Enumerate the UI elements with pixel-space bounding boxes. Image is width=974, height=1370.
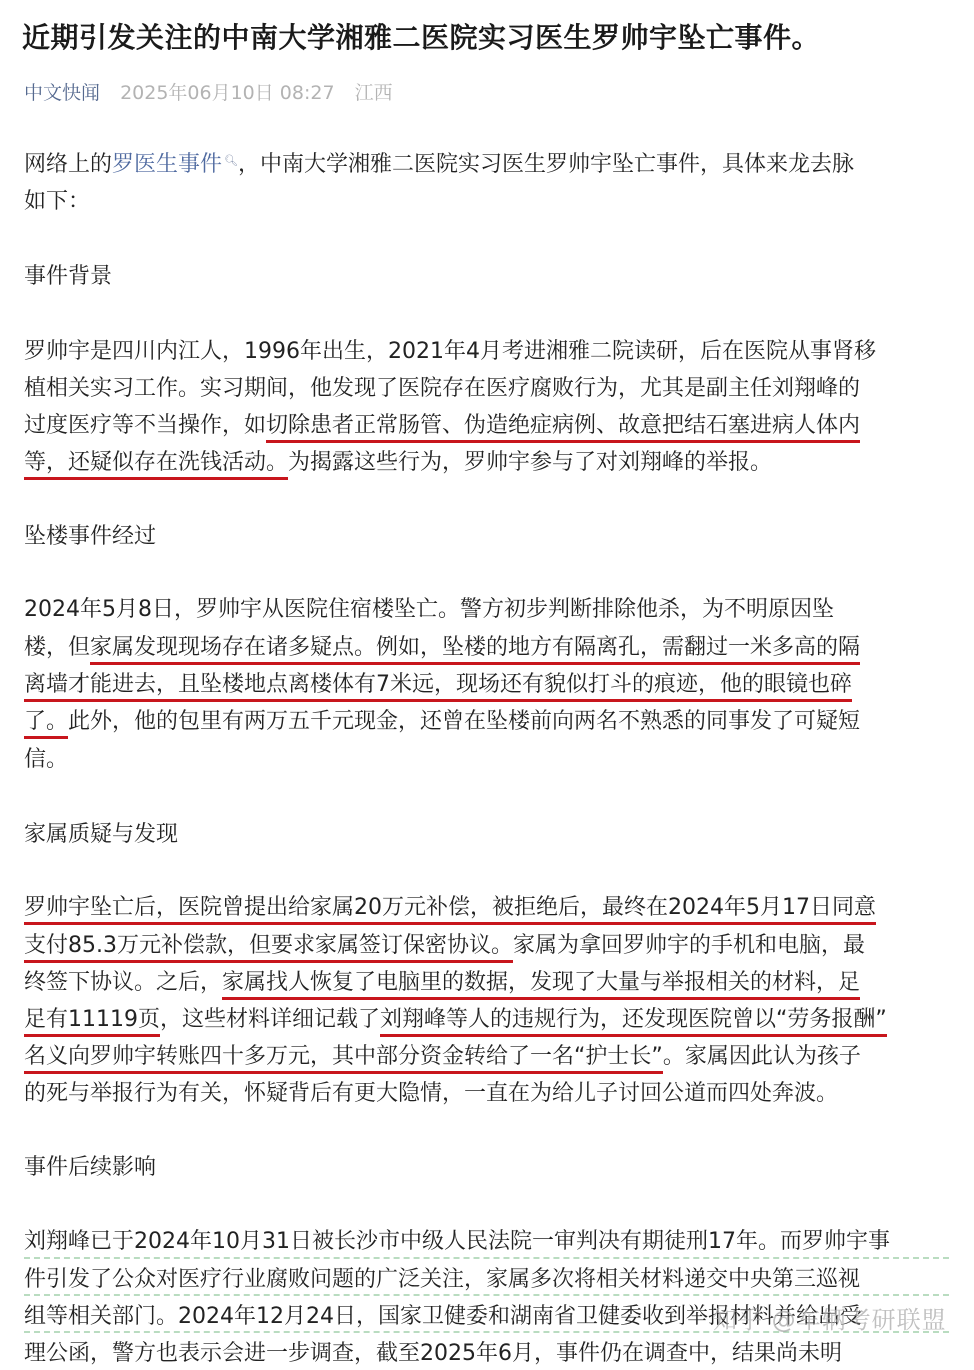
paragraph-line: 过度医疗等不当操作，如切除患者正常肠管、伪造绝症病例、故意把结石塞进病人体内 <box>24 411 954 441</box>
paragraph-line: 离墙才能进去，且坠楼地点离楼体有7米远，现场还有貌似打斗的痕迹，他的眼镜也碎 <box>24 670 954 700</box>
section-heading: 坠楼事件经过 <box>24 522 954 552</box>
highlighted-text: 名义向罗帅宇转账四十多万元，其中部分资金转给了一名“护士长” <box>24 1044 663 1074</box>
intro-line-1: 网络上的罗医生事件🔍︎，中南大学湘雅二医院实习医生罗帅宇坠亡事件，具体来龙去脉 <box>24 150 954 180</box>
article-title: 近期引发关注的中南大学湘雅二医院实习医生罗帅宇坠亡事件。 <box>22 16 962 56</box>
paragraph-line: 罗帅宇是四川内江人，1996年出生，2021年4月考进湘雅二院读研，后在医院从事… <box>24 337 954 367</box>
highlighted-text: 足有11119页 <box>24 1007 160 1037</box>
paragraph-line: 楼，但家属发现现场存在诸多疑点。例如，坠楼的地方有隔离孔，需翻过一米多高的隔 <box>24 633 954 663</box>
body-text: ，这些材料详细记载了 <box>160 1007 380 1032</box>
publish-date: 2025年06月10日 08:27 <box>120 82 335 104</box>
paragraph-line: 2024年5月8日，罗帅宇从医院住宿楼坠亡。警方初步判断排除他杀，为不明原因坠 <box>24 595 954 625</box>
source-link[interactable]: 中文快闻 <box>24 82 100 104</box>
intro-prefix: 网络上的 <box>24 152 112 177</box>
body-text: 此外，他的包里有两万五千元现金，还曾在坠楼前向两名不熟悉的同事发了可疑短 <box>68 709 860 734</box>
location: 江西 <box>355 82 393 104</box>
body-text: 楼，但 <box>24 635 90 660</box>
highlighted-text: 切除患者正常肠管、伪造绝症病例、故意把结石塞进病人体内 <box>266 413 860 443</box>
body-text: 过度医疗等不当操作，如 <box>24 413 266 438</box>
paragraph-line: 罗帅宇坠亡后，医院曾提出给家属20万元补偿，被拒绝后，最终在2024年5月17日… <box>24 893 954 923</box>
highlighted-text: 支付85.3万元补偿款，但要求家属签订保密协议。 <box>24 933 513 963</box>
highlighted-text: 家属发现现场存在诸多疑点。例如，坠楼的地方有隔离孔，需翻过一米多高的隔 <box>90 635 860 665</box>
paragraph-line: 植相关实习工作。实习期间，他发现了医院存在医疗腐败行为，尤其是副主任刘翔峰的 <box>24 374 954 404</box>
highlighted-text: 罗帅宇坠亡后，医院曾提出给家属20万元补偿，被拒绝后，最终在2024年5月17日… <box>24 895 876 925</box>
body-text: 终签下协议。之后， <box>24 970 222 995</box>
paragraph-line: 了。此外，他的包里有两万五千元现金，还曾在坠楼前向两名不熟悉的同事发了可疑短 <box>24 707 954 737</box>
dashed-underline <box>24 1257 949 1259</box>
section-heading: 家属质疑与发现 <box>24 820 954 850</box>
paragraph-line: 信。 <box>24 745 954 775</box>
body-text: 理公函，警方也表示会进一步调查，截至2025年6月，事件仍在调查中，结果尚未明 <box>24 1341 842 1366</box>
body-text: 刘翔峰已于2024年10月31日被长沙市中级人民法院一审判决有期徒刑17年。而罗… <box>24 1229 890 1254</box>
paragraph-line: 件引发了公众对医疗行业腐败问题的广泛关注，家属多次将相关材料递交中央第三巡视 <box>24 1265 954 1295</box>
paragraph-line: 刘翔峰已于2024年10月31日被长沙市中级人民法院一审判决有期徒刑17年。而罗… <box>24 1227 954 1257</box>
intro-line-2: 如下： <box>24 187 954 217</box>
body-text: 信。 <box>24 747 68 772</box>
dashed-underline <box>24 1294 949 1296</box>
highlighted-text: 家属找人恢复了电脑里的数据，发现了大量与举报相关的材料，足 <box>222 970 860 1000</box>
paragraph-line: 的死与举报行为有关，怀疑背后有更大隐情，一直在为给儿子讨回公道而四处奔波。 <box>24 1079 954 1109</box>
paragraph-line: 终签下协议。之后，家属找人恢复了电脑里的数据，发现了大量与举报相关的材料，足 <box>24 968 954 998</box>
body-text: 件引发了公众对医疗行业腐败问题的广泛关注，家属多次将相关材料递交中央第三巡视 <box>24 1267 860 1292</box>
body-text: 2024年5月8日，罗帅宇从医院住宿楼坠亡。警方初步判断排除他杀，为不明原因坠 <box>24 597 834 622</box>
intro-text: ，中南大学湘雅二医院实习医生罗帅宇坠亡事件，具体来龙去脉 <box>238 152 854 177</box>
highlighted-text: 离墙才能进去，且坠楼地点离楼体有7米远，现场还有貌似打斗的痕迹，他的眼镜也碎 <box>24 672 852 702</box>
body-text: 植相关实习工作。实习期间，他发现了医院存在医疗腐败行为，尤其是副主任刘翔峰的 <box>24 376 860 401</box>
body-text: 罗帅宇是四川内江人，1996年出生，2021年4月考进湘雅二院读研，后在医院从事… <box>24 339 876 364</box>
body-text: 的死与举报行为有关，怀疑背后有更大隐情，一直在为给儿子讨回公道而四处奔波。 <box>24 1081 838 1106</box>
watermark: 知乎 @车辆考研联盟 <box>713 1300 947 1335</box>
body-text: 家属为拿回罗帅宇的手机和电脑，最 <box>513 933 865 958</box>
paragraph-line: 足有11119页，这些材料详细记载了刘翔峰等人的违规行为，还发现医院曾以“劳务报… <box>24 1005 954 1035</box>
highlighted-text: 等，还疑似存在洗钱活动。 <box>24 450 288 480</box>
search-icon[interactable]: 🔍︎ <box>224 146 238 176</box>
highlighted-text: 刘翔峰等人的违规行为，还发现医院曾以“劳务报酬” <box>380 1007 887 1037</box>
section-heading: 事件后续影响 <box>24 1153 954 1183</box>
paragraph-line: 等，还疑似存在洗钱活动。为揭露这些行为，罗帅宇参与了对刘翔峰的举报。 <box>24 448 954 478</box>
section-heading: 事件背景 <box>24 262 954 292</box>
paragraph-line: 支付85.3万元补偿款，但要求家属签订保密协议。家属为拿回罗帅宇的手机和电脑，最 <box>24 931 954 961</box>
topic-link[interactable]: 罗医生事件 <box>112 152 222 177</box>
highlighted-text: 了。 <box>24 709 68 739</box>
body-text: 为揭露这些行为，罗帅宇参与了对刘翔峰的举报。 <box>288 450 772 475</box>
body-text: 。家属因此认为孩子 <box>663 1044 861 1069</box>
paragraph-line: 理公函，警方也表示会进一步调查，截至2025年6月，事件仍在调查中，结果尚未明 <box>24 1339 954 1369</box>
paragraph-line: 名义向罗帅宇转账四十多万元，其中部分资金转给了一名“护士长”。家属因此认为孩子 <box>24 1042 954 1072</box>
article-meta: 中文快闻 2025年06月10日 08:27 江西 <box>24 78 393 105</box>
